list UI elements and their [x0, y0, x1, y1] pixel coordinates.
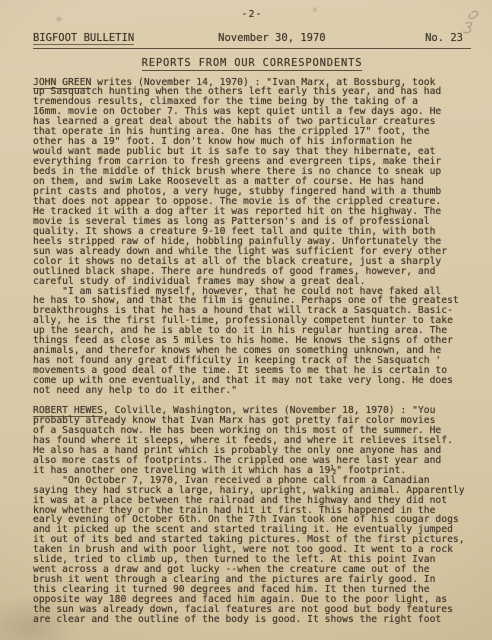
- scanned-bulletin-page: -2- BIGFOOT BULLETIN November 30, 1970 N…: [0, 0, 492, 640]
- issue-date: November 30, 1970: [218, 33, 425, 44]
- report-body: probably already know that Ivan Marx has…: [33, 416, 471, 625]
- page-content: -2- BIGFOOT BULLETIN November 30, 1970 N…: [33, 9, 471, 625]
- section-heading: REPORTS FROM OUR CORRESPONDENTS: [33, 58, 471, 70]
- issue-number: No. 23: [425, 33, 463, 44]
- text-line: are clear and the outline of the body is…: [33, 615, 471, 625]
- text-line: not need any help to do it either.": [33, 386, 471, 396]
- section-heading-text: REPORTS FROM OUR CORRESPONDENTS: [142, 57, 363, 71]
- masthead: BIGFOOT BULLETIN November 30, 1970 No. 2…: [33, 33, 471, 49]
- report-robert-hewes: ROBERT HEWES, Colville, Washington, writ…: [33, 406, 471, 625]
- report-body: up Sasquatch hunting when the others lef…: [33, 87, 471, 396]
- bulletin-title: BIGFOOT BULLETIN: [33, 33, 134, 45]
- report-john-green: JOHN GREEN writes (November 14, 1970) : …: [33, 78, 471, 397]
- page-number: -2-: [33, 9, 471, 20]
